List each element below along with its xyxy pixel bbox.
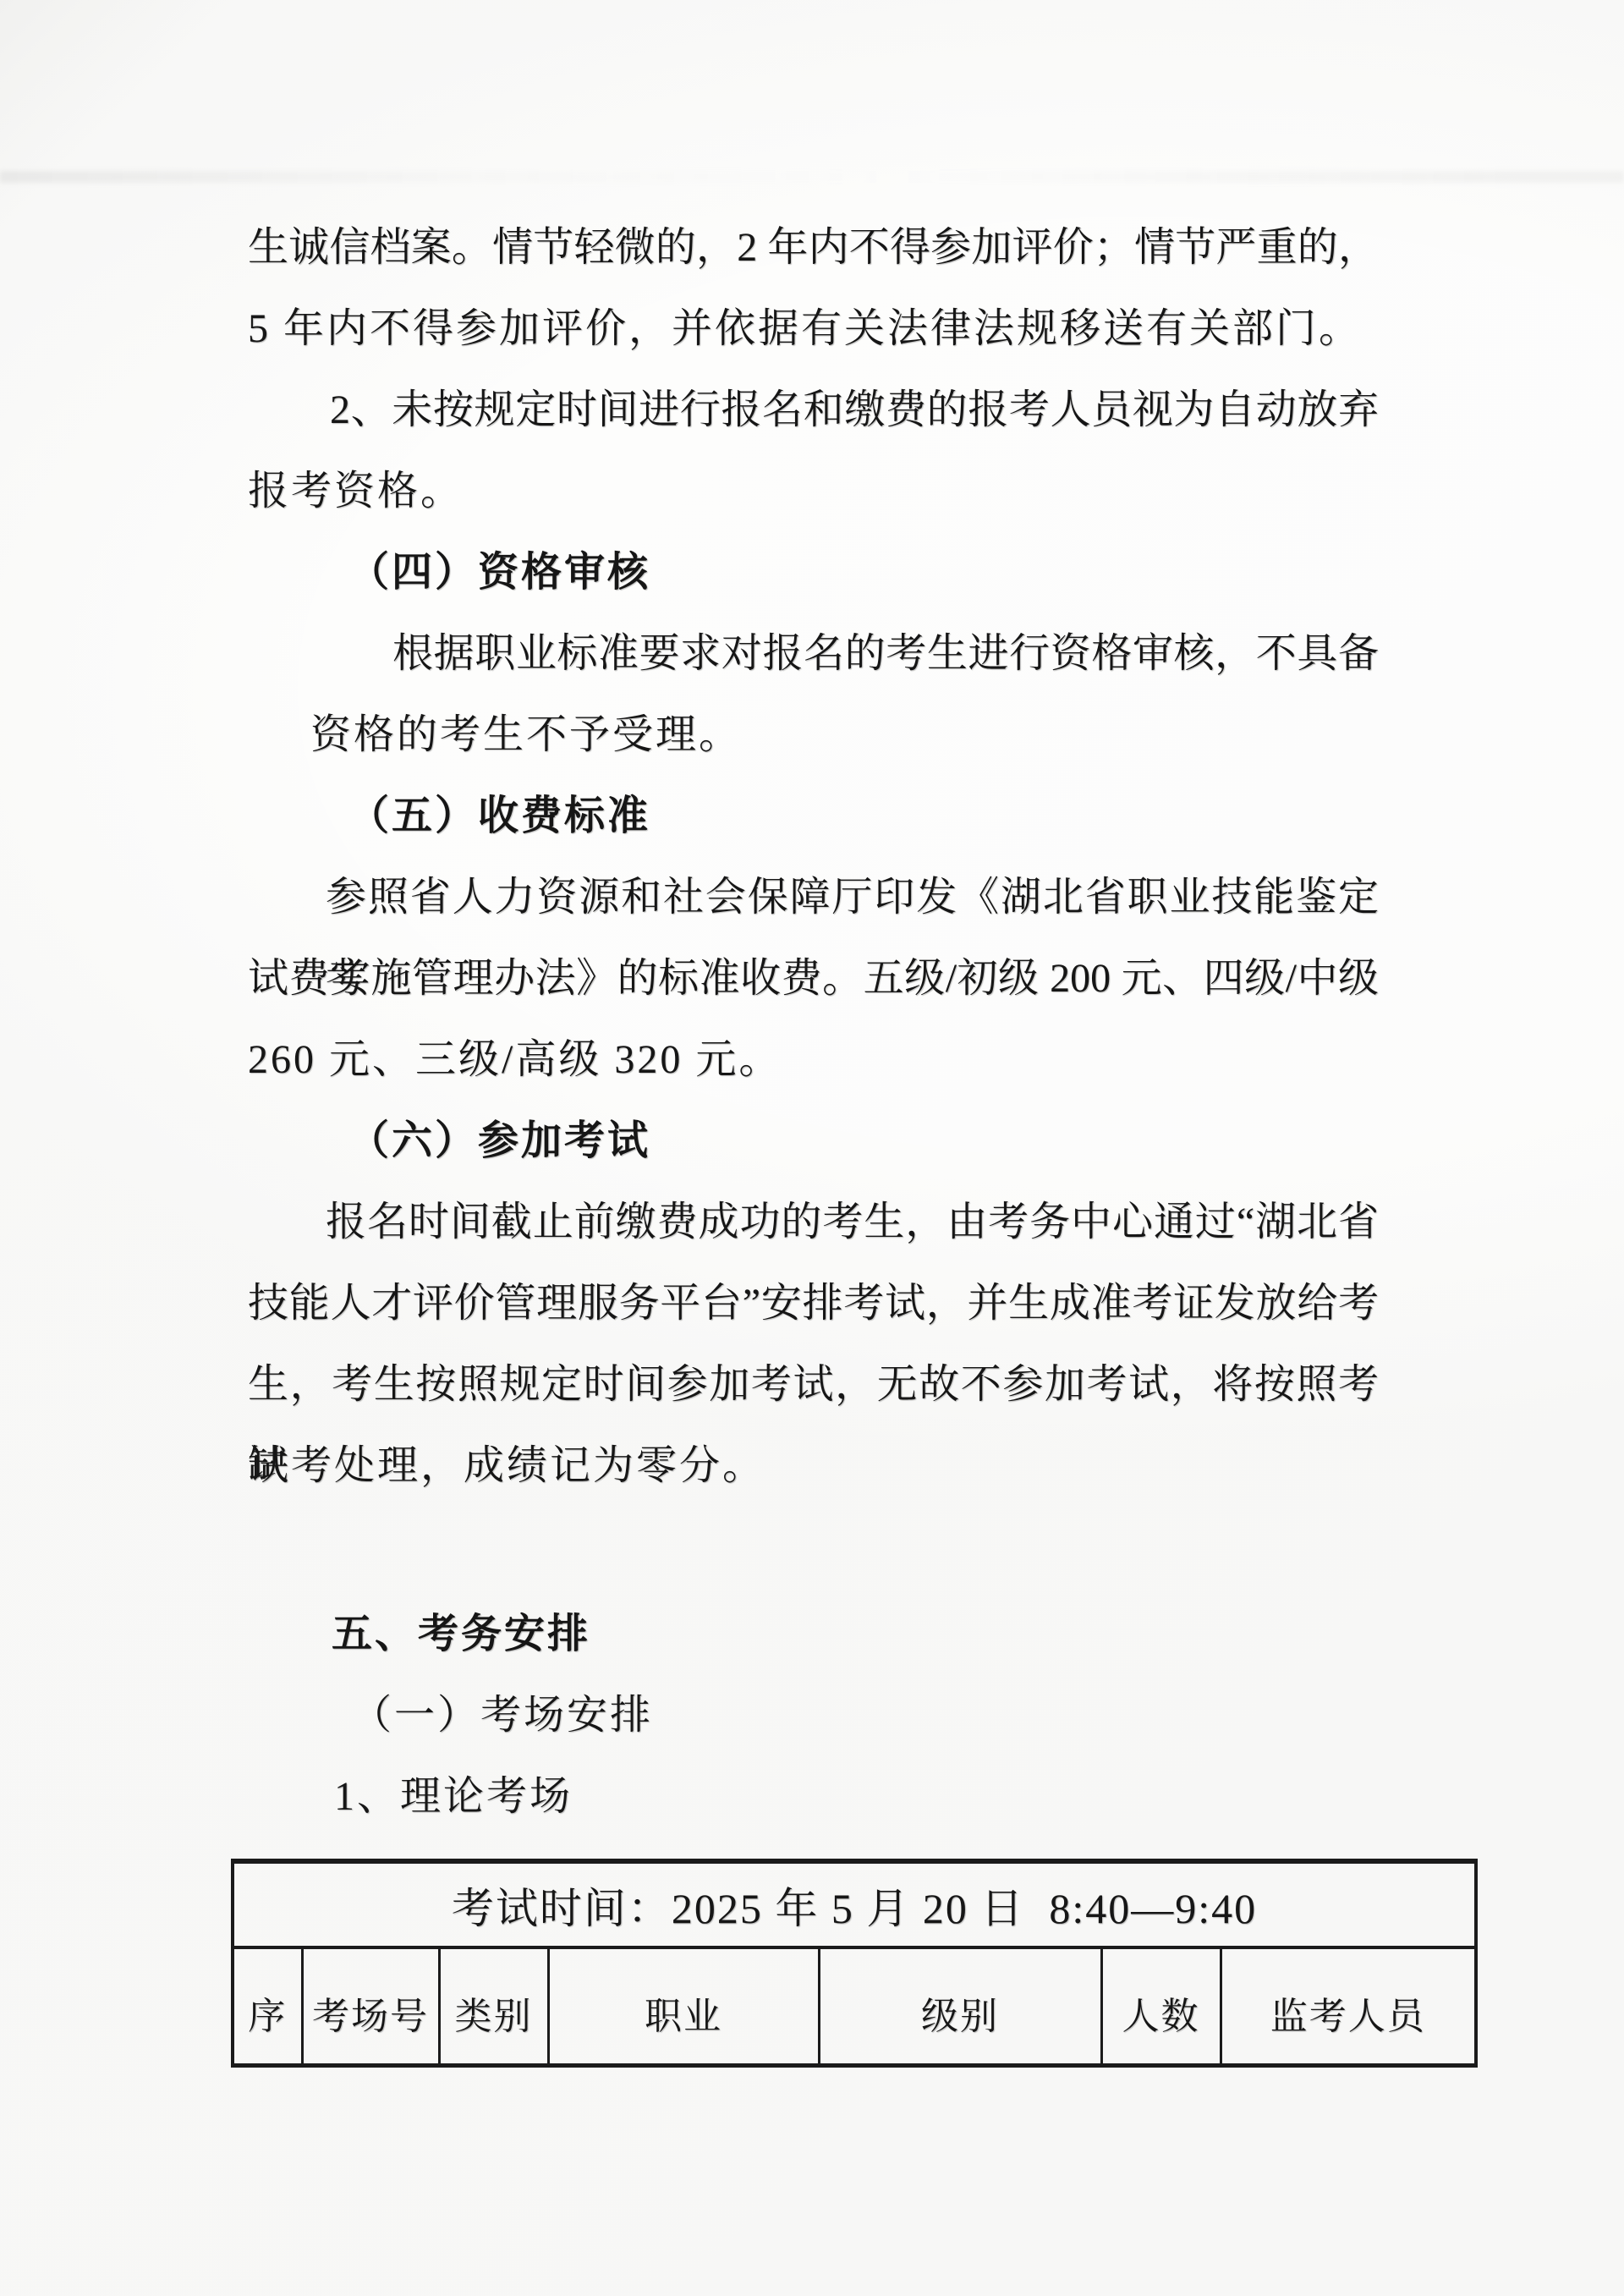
subheading-fee-standard: （五）收费标准 <box>248 776 1379 857</box>
col-header-category: 类别 <box>439 1947 548 2066</box>
exam-time-cell: 考试时间：2025 年 5 月 20 日 8:40—9:40 <box>233 1861 1476 1947</box>
body-line: 资格的考生不予受理。 <box>248 695 1379 776</box>
subheading-venue-arrangement: （一）考场安排 <box>248 1675 1379 1756</box>
body-line: 260 元、三级/高级 320 元。 <box>248 1019 1379 1101</box>
body-line: 生，考生按照规定时间参加考试，无故不参加考试，将按照考试 <box>248 1344 1379 1425</box>
scan-artifact-smudge <box>0 171 1624 183</box>
body-line: 生诚信档案。情节轻微的，2 年内不得参加评价；情节严重的， <box>248 207 1379 288</box>
body-line: 缺考处理，成绩记为零分。 <box>248 1425 1379 1507</box>
document-body: 生诚信档案。情节轻微的，2 年内不得参加评价；情节严重的， 5 年内不得参加评价… <box>248 207 1379 1837</box>
scanned-document-page: 生诚信档案。情节轻微的，2 年内不得参加评价；情节严重的， 5 年内不得参加评价… <box>0 0 1624 2296</box>
col-header-level: 级别 <box>819 1947 1101 2066</box>
body-line: 参照省人力资源和社会保障厅印发《湖北省职业技能鉴定考 <box>248 857 1379 938</box>
body-line: 技能人才评价管理服务平台”安排考试，并生成准考证发放给考 <box>248 1263 1379 1344</box>
col-header-occupation: 职业 <box>548 1947 819 2066</box>
table-header-row: 序 考场号 类别 职业 级别 人数 监考人员 <box>233 1947 1476 2066</box>
body-line: 5 年内不得参加评价，并依据有关法律法规移送有关部门。 <box>248 288 1379 370</box>
heading-exam-arrangement: 五、考务安排 <box>248 1594 1379 1675</box>
exam-time-row: 考试时间：2025 年 5 月 20 日 8:40—9:40 <box>233 1861 1476 1947</box>
body-line: 报考资格。 <box>248 451 1379 532</box>
body-line: 报名时间截止前缴费成功的考生，由考务中心通过“湖北省 <box>248 1182 1379 1263</box>
col-header-headcount: 人数 <box>1101 1947 1221 2066</box>
body-line: 根据职业标准要求对报名的考生进行资格审核，不具备 <box>248 613 1379 695</box>
body-line: 试费实施管理办法》的标准收费。五级/初级 200 元、四级/中级 <box>248 938 1379 1019</box>
col-header-room-no: 考场号 <box>302 1947 439 2066</box>
item-theory-venue: 1、理论考场 <box>248 1756 1379 1837</box>
subheading-qualification-review: （四）资格审核 <box>248 532 1379 613</box>
col-header-seq: 序 <box>233 1947 302 2066</box>
body-line: 2、未按规定时间进行报名和缴费的报考人员视为自动放弃 <box>248 370 1379 451</box>
col-header-invigilators: 监考人员 <box>1221 1947 1476 2066</box>
theory-exam-schedule-table: 考试时间：2025 年 5 月 20 日 8:40—9:40 序 考场号 类别 … <box>231 1859 1478 2068</box>
subheading-take-exam: （六）参加考试 <box>248 1101 1379 1182</box>
